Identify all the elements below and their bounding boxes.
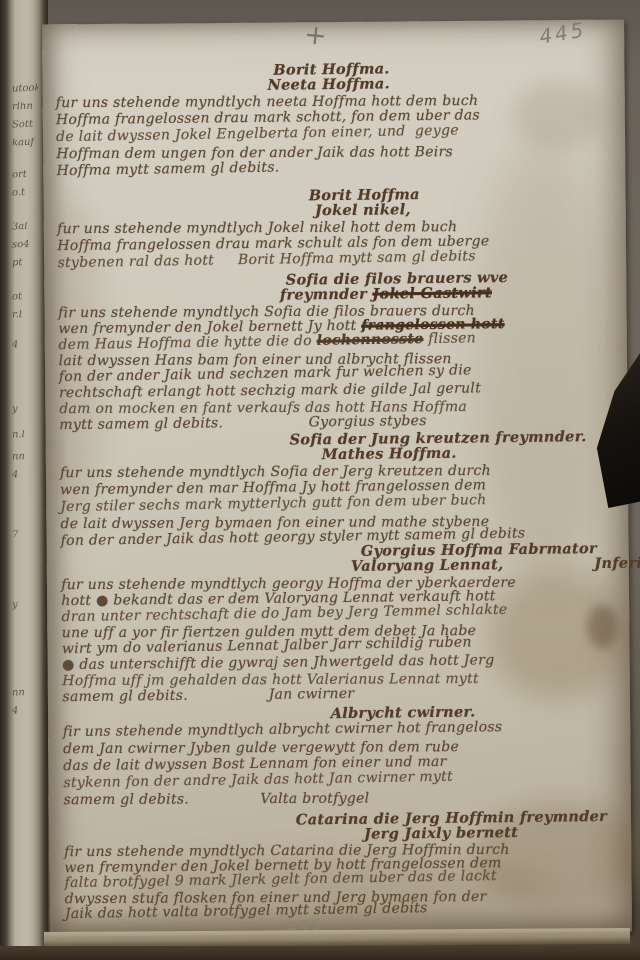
manuscript-line: fir uns stehende myndtlych albrycht cwir… [63,718,619,741]
edge-text-fragment: y [12,404,38,415]
edge-text-fragment: y [12,600,38,611]
edge-text-fragment: 7 [12,530,38,541]
edge-text-fragment: 4 [12,706,38,717]
manuscript-line: fir uns stehende myndtlych Catarina die … [64,842,620,860]
edge-text-fragment: rlhn [12,102,38,113]
manuscript-section: Albrycht cwirner.fir uns stehende myndtl… [63,703,620,809]
previous-page-edges: utookrlhnSottkauforto.t3also4ptotr.l4yn.… [0,0,48,960]
edge-text-fragment: o.t [12,188,38,199]
section-heading: Valoryang Lennat, Jnferior [351,556,617,574]
struck-text: Jokel Gastwirt [372,284,492,302]
edge-text-fragment: utook [12,84,38,95]
manuscript-page: + 445 445 .. Borit Hoffma.Neeta Hoffma.f… [42,19,632,936]
manuscript-line: fir uns stehende myndtlych Sofia die fil… [58,302,614,321]
manuscript-line: dam on mocken en fant verkaufs das hott … [59,398,615,417]
manuscript-text: Borit Hoffma.Neeta Hoffma.fur uns stehen… [55,19,621,937]
manuscript-section: Borit HoffmaJokel nikel,fur uns stehende… [57,185,614,272]
edge-text-fragment: nn [12,452,38,463]
manuscript-section: Gyorgius Hoffma FabrmatorValoryang Lenna… [61,541,619,705]
section-heading: Jerg Jaixly bernett [364,824,620,842]
section-heading: Neeta Hoffma. [267,74,611,93]
struck-text: lochennosste [317,331,424,349]
edge-text-fragment: 4 [12,340,38,351]
manuscript-section: Sofia der Jung kreutzen freymnder.Mathes… [59,429,616,550]
manuscript-line: dem Jan cwirner Jyben gulde vergewytt fo… [63,738,619,758]
edge-text-fragment: ot [12,292,38,303]
edge-text-fragment: so4 [12,240,38,251]
edge-text-fragment: kauf [12,138,38,149]
edge-text-fragment: 4 [12,470,38,481]
manuscript-line: Hoffma uff jm gehalden das hott Valerian… [62,670,618,689]
edge-text-fragment: Sott [12,120,38,131]
edge-text-fragment: r.l [12,310,38,321]
manuscript-section: Borit Hoffma.Neeta Hoffma.fur uns stehen… [55,59,612,180]
edge-text-fragment: ort [12,170,38,181]
edge-text-fragment: nn [12,688,38,699]
manuscript-line: fur uns stehende myndtlych georgy Hoffma… [61,574,617,593]
edge-text-fragment: pt [12,258,38,269]
section-heading: Mathes Hoffma. [322,444,616,462]
manuscript-line: fur uns stehende myndtlych neeta Hoffma … [56,92,612,112]
section-heading: Jokel nikel, [315,200,613,218]
manuscript-section: Sofia die filos brauers wvefreymnder Jok… [58,269,616,433]
table-surface [0,946,640,960]
section-heading: freymnder Jokel Gastwirt [280,284,614,303]
edge-text-fragment: n.l [12,430,38,441]
manuscript-line: samem gl debits. Valta brotfygel [64,789,620,809]
manuscript-line: fur uns stehende myndtlych Sofia der Jer… [60,462,616,482]
photo-background: utookrlhnSottkauforto.t3also4ptotr.l4yn.… [0,0,640,960]
edge-text-fragment: 3al [12,222,38,233]
manuscript-section: Catarina die Jerg Hoffmin freymnderJerg … [64,809,621,923]
manuscript-line: fur uns stehende myndtlych Jokel nikel h… [57,218,613,238]
